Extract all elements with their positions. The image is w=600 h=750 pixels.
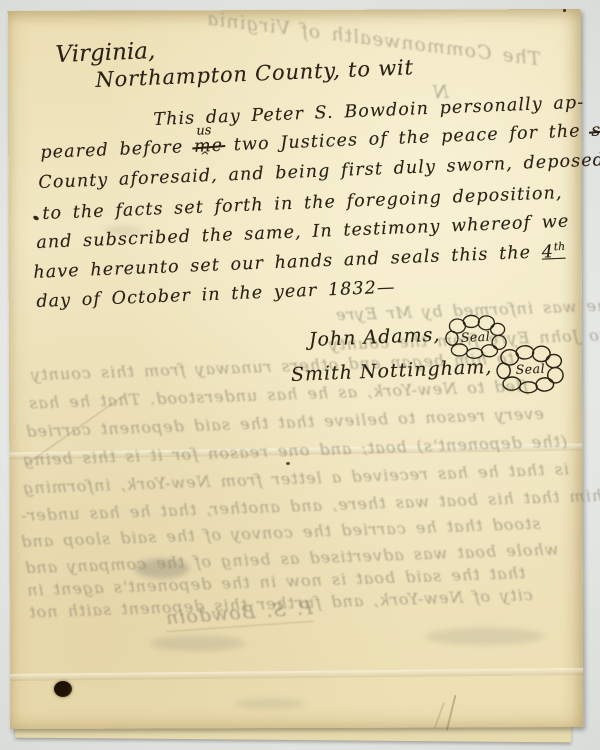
seal-label: Seal <box>495 342 565 395</box>
smudge-3 <box>235 698 305 709</box>
smudge-2 <box>425 627 545 645</box>
ink-speck-3 <box>286 462 290 465</box>
inserted-word: us <box>196 123 212 139</box>
day-digit: 4 <box>541 242 554 262</box>
day-number: 4th <box>541 241 565 262</box>
signature-smith-nottingham: Smith Nottingham,Seal <box>290 340 565 401</box>
crease-bottom-right-2 <box>434 702 445 729</box>
crease-bottom-right-1 <box>446 695 456 730</box>
ink-speck-2 <box>563 9 566 12</box>
seal-scribble: Seal <box>495 342 565 395</box>
smudge-1 <box>150 635 245 651</box>
correction: meus^ <box>194 136 224 157</box>
signature-name: Smith Nottingham, <box>291 356 493 386</box>
caret-mark: ^ <box>200 149 211 162</box>
scan-background: The Commonwealth of Virginia N said that… <box>0 0 600 750</box>
place-heading: Virginia, <box>55 38 156 68</box>
struck-word-said: said <box>591 119 600 141</box>
day-suffix: th <box>554 240 566 253</box>
wax-spot <box>54 681 72 697</box>
fold-crease-bottom <box>10 668 583 681</box>
